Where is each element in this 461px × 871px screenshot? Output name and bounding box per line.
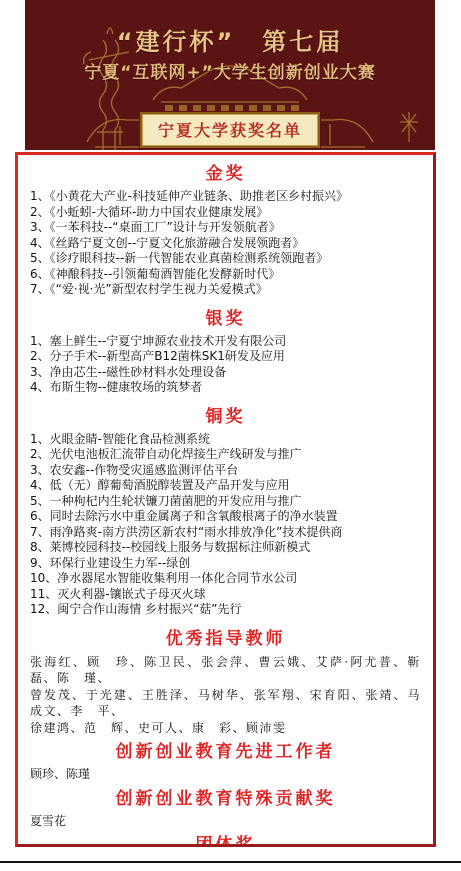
advisor-names: 徐建鸿、范 辉、史可人、康 彩、顾沛雯 [30,720,421,737]
page-bottom-rule [0,861,461,863]
award-item: 11、灭火利器-镶嵌式子母灭火球 [30,587,421,603]
silver-heading: 银奖 [30,308,421,330]
banner: “建行杯” 第七届 宁夏“互联网+”大学生创新创业大赛 宁夏大学获奖名单 [25,0,435,150]
award-item: 7、雨净路爽-南方洪涝区新农村“雨水排放净化”技术提供商 [30,525,421,541]
section-bronze: 铜奖 1、火眼金睛-智能化食品检测系统2、光伏电池板汇流带自动化焊接生产线研发与… [30,406,421,618]
award-item: 3、净由芯生--磁性砂材料水处理设备 [30,365,421,381]
gold-heading: 金奖 [30,163,421,185]
award-item: 2、《小蚯蚓-大循环-助力中国农业健康发展》 [30,205,421,221]
section-gold: 金奖 1、《小黄花大产业-科技延伸产业链条、助推老区乡村振兴》2、《小蚯蚓-大循… [30,163,421,298]
bronze-heading: 铜奖 [30,406,421,428]
gold-items: 1、《小黄花大产业-科技延伸产业链条、助推老区乡村振兴》2、《小蚯蚓-大循环-助… [30,189,421,298]
award-list-badge-label: 宁夏大学获奖名单 [158,121,302,140]
award-item: 1、火眼金睛-智能化食品检测系统 [30,432,421,448]
dougong-row-illustration [165,105,299,112]
award-item: 4、《丝路宁夏文创--宁夏文化旅游融合发展领跑者》 [30,236,421,252]
advisor-names: 张海红、顾 珍、陈卫民、张会萍、曹云娥、艾萨·阿尤普、靳 磊、陈 瑾、 [30,654,421,687]
silver-items: 1、塞上鲜生--宁夏宁坤源农业技术开发有限公司2、分子手术--新型高产B12菌株… [30,334,421,396]
award-list-panel: 金奖 1、《小黄花大产业-科技延伸产业链条、助推老区乡村振兴》2、《小蚯蚓-大循… [15,152,436,847]
advanced-workers-names: 顾珍、陈瑾 [30,767,421,783]
award-item: 1、塞上鲜生--宁夏宁坤源农业技术开发有限公司 [30,334,421,350]
advanced-workers-heading: 创新创业教育先进工作者 [30,741,421,763]
section-advisors: 优秀指导教师 张海红、顾 珍、陈卫民、张会萍、曹云娥、艾萨·阿尤普、靳 磊、陈 … [30,628,421,737]
advisors-heading: 优秀指导教师 [30,628,421,650]
advanced-workers-lines: 顾珍、陈瑾 [30,767,421,783]
section-special-contribution: 创新创业教育特殊贡献奖 夏雪花 [30,788,421,830]
right-ornament-illustration [400,112,418,142]
award-item: 1、《小黄花大产业-科技延伸产业链条、助推老区乡村振兴》 [30,189,421,205]
award-item: 2、分子手术--新型高产B12菌株SK1研发及应用 [30,349,421,365]
award-item: 5、一种枸杞内生轮状镰刀菌菌肥的开发应用与推广 [30,494,421,510]
award-item: 7、《“爱·视·光”新型农村学生视力关爱模式》 [30,282,421,298]
team-award-heading: 团体奖 [30,834,421,847]
advisor-name-lines: 张海红、顾 珍、陈卫民、张会萍、曹云娥、艾萨·阿尤普、靳 磊、陈 瑾、曾发茂、于… [30,654,421,737]
award-item: 4、布斯生物--健康牧场的筑梦者 [30,380,421,396]
section-silver: 银奖 1、塞上鲜生--宁夏宁坤源农业技术开发有限公司2、分子手术--新型高产B1… [30,308,421,396]
award-item: 6、同时去除污水中重金属离子和含氧酸根离子的净水装置 [30,509,421,525]
award-item: 12、闽宁合作山海情 乡村振兴“菇”先行 [30,602,421,618]
special-contribution-names: 夏雪花 [30,814,421,830]
competition-subtitle: 宁夏“互联网+”大学生创新创业大赛 [25,58,435,83]
award-item: 2、光伏电池板汇流带自动化焊接生产线研发与推广 [30,447,421,463]
competition-title: “建行杯” 第七届 [25,22,435,57]
section-advanced-workers: 创新创业教育先进工作者 顾珍、陈瑾 [30,741,421,783]
bronze-items: 1、火眼金睛-智能化食品检测系统2、光伏电池板汇流带自动化焊接生产线研发与推广3… [30,432,421,618]
award-item: 3、《一苯科技--“桌面工厂”设计与开发领航者》 [30,220,421,236]
award-item: 5、《诊疗眼科技--新一代智能农业真菌检测系统领跑者》 [30,251,421,267]
advisor-names: 曾发茂、于光建、王胜泽、马树华、张军翔、宋育阳、张靖、马成文、李 平、 [30,687,421,720]
section-team: 团体奖 优秀集体奖 [30,834,421,847]
award-item: 8、莱博校园科技--校园线上服务与数据标注师新模式 [30,540,421,556]
award-item: 6、《神酿科技--引领葡萄酒智能化发酵新时代》 [30,267,421,283]
award-item: 4、低（无）醇葡萄酒脱醇装置及产品开发与应用 [30,478,421,494]
award-item: 3、农安鑫--作物受灾遥感监测评估平台 [30,463,421,479]
award-item: 10、净水器尾水智能收集利用一体化合同节水公司 [30,571,421,587]
special-contribution-lines: 夏雪花 [30,814,421,830]
award-list-badge: 宁夏大学获奖名单 [140,112,320,148]
special-contribution-heading: 创新创业教育特殊贡献奖 [30,788,421,810]
award-item: 9、环保行业建设生力军--绿创 [30,556,421,572]
